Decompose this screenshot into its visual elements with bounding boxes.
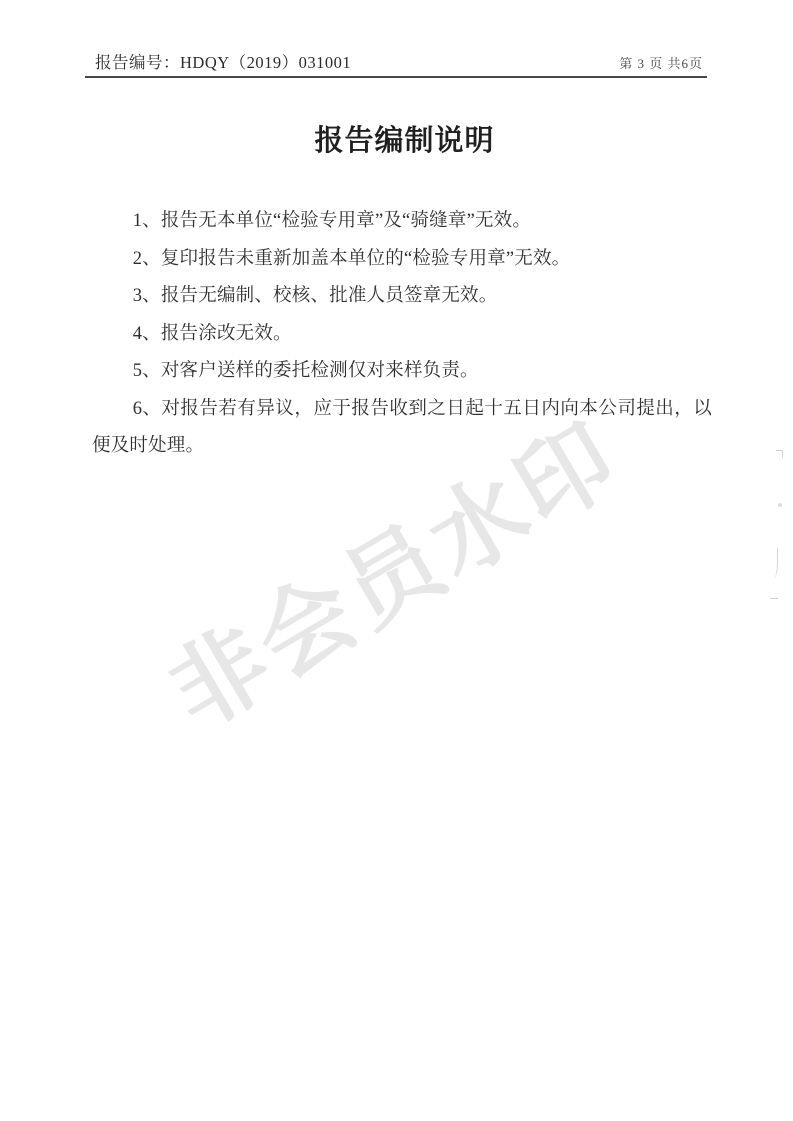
page-title: 报告编制说明 — [8, 118, 793, 159]
page-header: 报告编号：HDQY（2019）031001 第 3 页 共6页 — [95, 49, 703, 73]
page-number-indicator: 第 3 页 共6页 — [619, 53, 703, 72]
scan-artifact — [778, 503, 782, 507]
clause-item-3: 3、报告无编制、校核、批准人员签章无效。 — [92, 278, 712, 316]
document-page: 报告编号：HDQY（2019）031001 第 3 页 共6页 报告编制说明 1… — [0, 0, 793, 1121]
clause-list: 1、报告无本单位“检验专用章”及“骑缝章”无效。 2、复印报告未重新加盖本单位的… — [92, 203, 712, 466]
report-number: 报告编号：HDQY（2019）031001 — [95, 49, 351, 73]
scan-artifact — [776, 450, 783, 458]
scan-artifact — [770, 592, 778, 599]
clause-item-2: 2、复印报告未重新加盖本单位的“检验专用章”无效。 — [92, 241, 712, 279]
scan-artifact — [772, 548, 778, 578]
clause-item-6: 6、对报告若有异议，应于报告收到之日起十五日内向本公司提出，以便及时处理。 — [92, 391, 712, 466]
clause-item-5: 5、对客户送样的委托检测仅对来样负责。 — [92, 353, 712, 391]
clause-item-4: 4、报告涂改无效。 — [92, 316, 712, 354]
clause-item-1: 1、报告无本单位“检验专用章”及“骑缝章”无效。 — [92, 203, 712, 241]
header-rule — [85, 76, 707, 78]
